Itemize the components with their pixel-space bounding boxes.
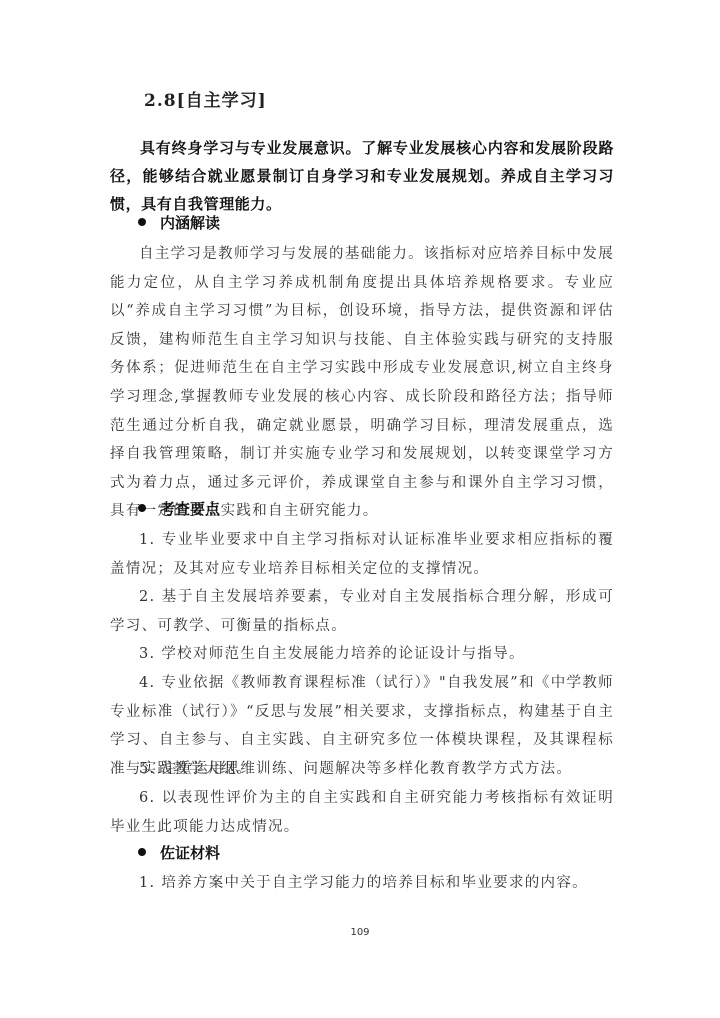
bullet-interpretation: 内涵解读 — [138, 212, 220, 233]
bullet-evidence: 佐证材料 — [138, 842, 220, 863]
section-summary: 具有终身学习与专业发展意识。了解专业发展核心内容和发展阶段路径，能够结合就业愿景… — [110, 134, 614, 218]
bullet-icon — [138, 504, 146, 512]
key-point-item: 6. 以表现性评价为主的自主实践和自主研究能力考核指标有效证明毕业生此项能力达成… — [110, 784, 614, 841]
page-number: 109 — [0, 927, 720, 938]
bullet-key-points: 考查要点 — [138, 498, 220, 519]
section-heading: 2.8[自主学习] — [144, 86, 267, 111]
bullet-icon — [138, 218, 146, 226]
key-point-item: 5. 注重运用思维训练、问题解决等多样化教育教学方式方法。 — [110, 755, 614, 784]
bullet-title: 考查要点 — [160, 500, 220, 518]
bullet-icon — [138, 848, 146, 856]
bullet-title: 佐证材料 — [160, 844, 220, 862]
interpretation-text: 自主学习是教师学习与发展的基础能力。该指标对应培养目标中发展能力定位，从自主学习… — [110, 240, 614, 526]
key-point-item: 1. 专业毕业要求中自主学习指标对认证标准毕业要求相应指标的覆盖情况；及其对应专… — [110, 526, 614, 583]
key-point-item: 2. 基于自主发展培养要素，专业对自主发展指标合理分解，形成可学习、可教学、可衡… — [110, 583, 614, 640]
key-point-item: 3. 学校对师范生自主发展能力培养的论证设计与指导。 — [110, 640, 614, 669]
bullet-title: 内涵解读 — [160, 214, 220, 232]
evidence-item: 1. 培养方案中关于自主学习能力的培养目标和毕业要求的内容。 — [110, 869, 614, 898]
